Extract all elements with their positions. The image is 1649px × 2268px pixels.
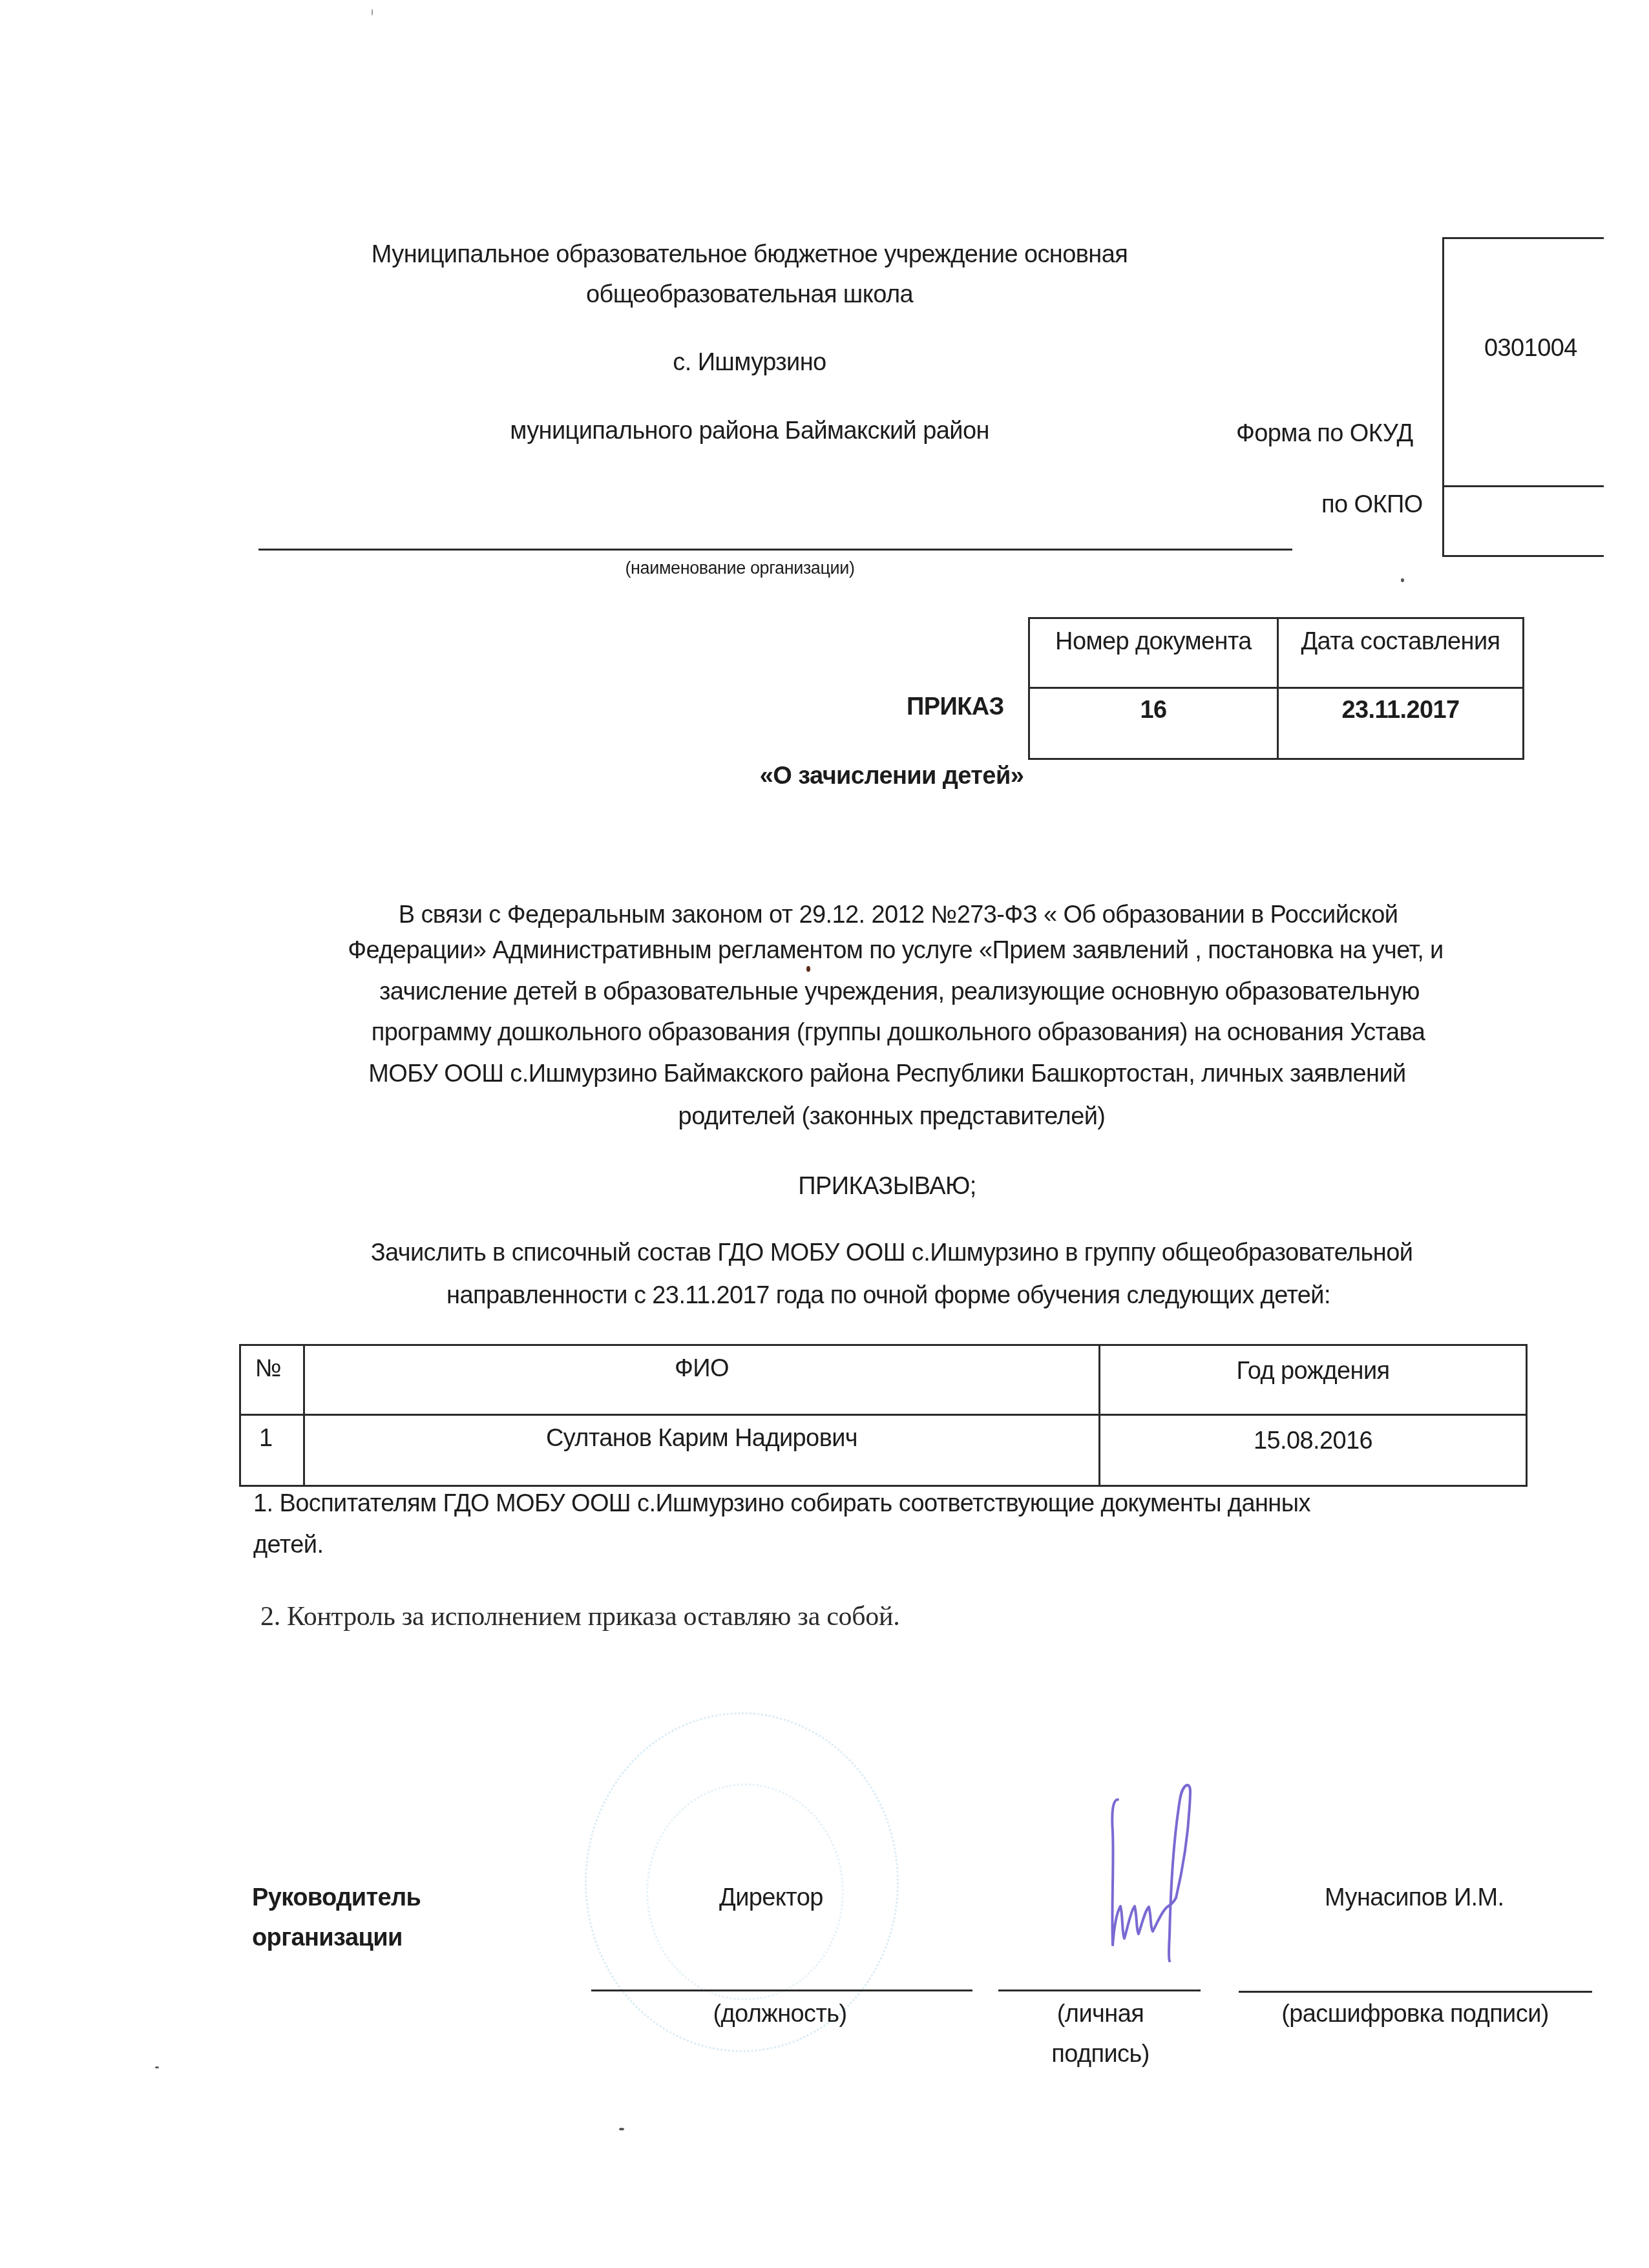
column-header-birth: Год рождения (1100, 1345, 1527, 1415)
scan-speck (155, 2066, 159, 2068)
order-title: ПРИКАЗ (907, 695, 1004, 719)
org-district: муниципального района Баймакский район (510, 419, 989, 443)
org-name-caption: (наименование организации) (625, 558, 855, 578)
org-village: с. Ишмурзино (673, 350, 826, 375)
name-caption: (расшифровка подписи) (1281, 2002, 1549, 2026)
signatory-name: Мунасипов И.М. (1325, 1885, 1504, 1910)
codes-box-top-border (1442, 237, 1604, 239)
date-header: Дата составления (1279, 619, 1522, 656)
column-header-number: № (240, 1345, 304, 1415)
item-2: 2. Контроль за исполнением приказа остав… (260, 1601, 899, 1632)
scan-speck (619, 2128, 624, 2130)
cell-name: Султанов Карим Надирович (304, 1415, 1100, 1486)
table-row: 1 Султанов Карим Надирович 15.08.2016 (240, 1415, 1527, 1486)
preamble-line: зачисление детей в образовательные учреж… (379, 980, 1420, 1004)
preamble-line: МОБУ ООШ с.Ишмурзино Баймакского района … (368, 1062, 1406, 1086)
doc-number-value: 16 (1030, 689, 1277, 724)
okud-label: Форма по ОКУД (1236, 421, 1413, 446)
okud-value: 0301004 (1484, 336, 1577, 361)
okpo-label: по ОКПО (1321, 492, 1423, 517)
item-1-line1: 1. Воспитателям ГДО МОБУ ООШ с.Ишмурзино… (253, 1491, 1310, 1516)
order-subject: «О зачислении детей» (760, 764, 1024, 788)
enroll-line: направленности с 23.11.2017 года по очно… (446, 1283, 1330, 1308)
children-table: № ФИО Год рождения 1 Султанов Карим Нади… (239, 1344, 1528, 1487)
scan-speck (372, 9, 373, 16)
handwritten-signature (1098, 1774, 1208, 1968)
signature-caption-line1: (личная (1057, 2002, 1144, 2026)
codes-box-bottom-border (1442, 555, 1604, 557)
doc-number-cell: 16 (1029, 688, 1278, 759)
org-name-underline (258, 549, 1292, 551)
enroll-line: Зачислить в списочный состав ГДО МОБУ ОО… (371, 1241, 1413, 1265)
table-header-row: № ФИО Год рождения (240, 1345, 1527, 1415)
cell-number: 1 (240, 1415, 304, 1486)
item-1-line2: детей. (253, 1533, 323, 1557)
date-cell: 23.11.2017 (1278, 688, 1524, 759)
preamble-line: родителей (законных представителей) (678, 1104, 1106, 1129)
cell-birth-date: 15.08.2016 (1100, 1415, 1527, 1486)
signatory-role-line2: организации (252, 1926, 403, 1950)
codes-box-divider (1442, 485, 1604, 487)
org-name-line1: Муниципальное образовательное бюджетное … (372, 242, 1128, 267)
signatory-role-line1: Руководитель (252, 1885, 421, 1910)
position-caption: (должность) (713, 2002, 846, 2026)
doc-number-header-cell: Номер документа (1029, 618, 1278, 688)
scan-speck (806, 966, 810, 972)
doc-number-header: Номер документа (1030, 619, 1277, 656)
preamble-line: программу дошкольного образования (групп… (372, 1020, 1425, 1045)
org-name-line2: общеобразовательная школа (586, 282, 913, 307)
personal-signature-line (998, 1990, 1201, 1991)
date-header-cell: Дата составления (1278, 618, 1524, 688)
signatory-position: Директор (719, 1885, 823, 1910)
preamble-line: В связи с Федеральным законом от 29.12. … (399, 903, 1398, 927)
order-number-table: Номер документа Дата составления 16 23.1… (1028, 617, 1524, 760)
name-signature-line (1239, 1991, 1592, 1993)
position-signature-line (591, 1990, 972, 1991)
signature-caption-line2: подпись) (1051, 2042, 1150, 2066)
codes-box-left-border (1442, 237, 1444, 557)
scan-speck (1401, 578, 1404, 582)
date-value: 23.11.2017 (1279, 689, 1522, 724)
order-word: ПРИКАЗЫВАЮ; (798, 1174, 976, 1199)
column-header-name: ФИО (304, 1345, 1100, 1415)
preamble-line: Федерации» Административным регламентом … (348, 938, 1443, 963)
